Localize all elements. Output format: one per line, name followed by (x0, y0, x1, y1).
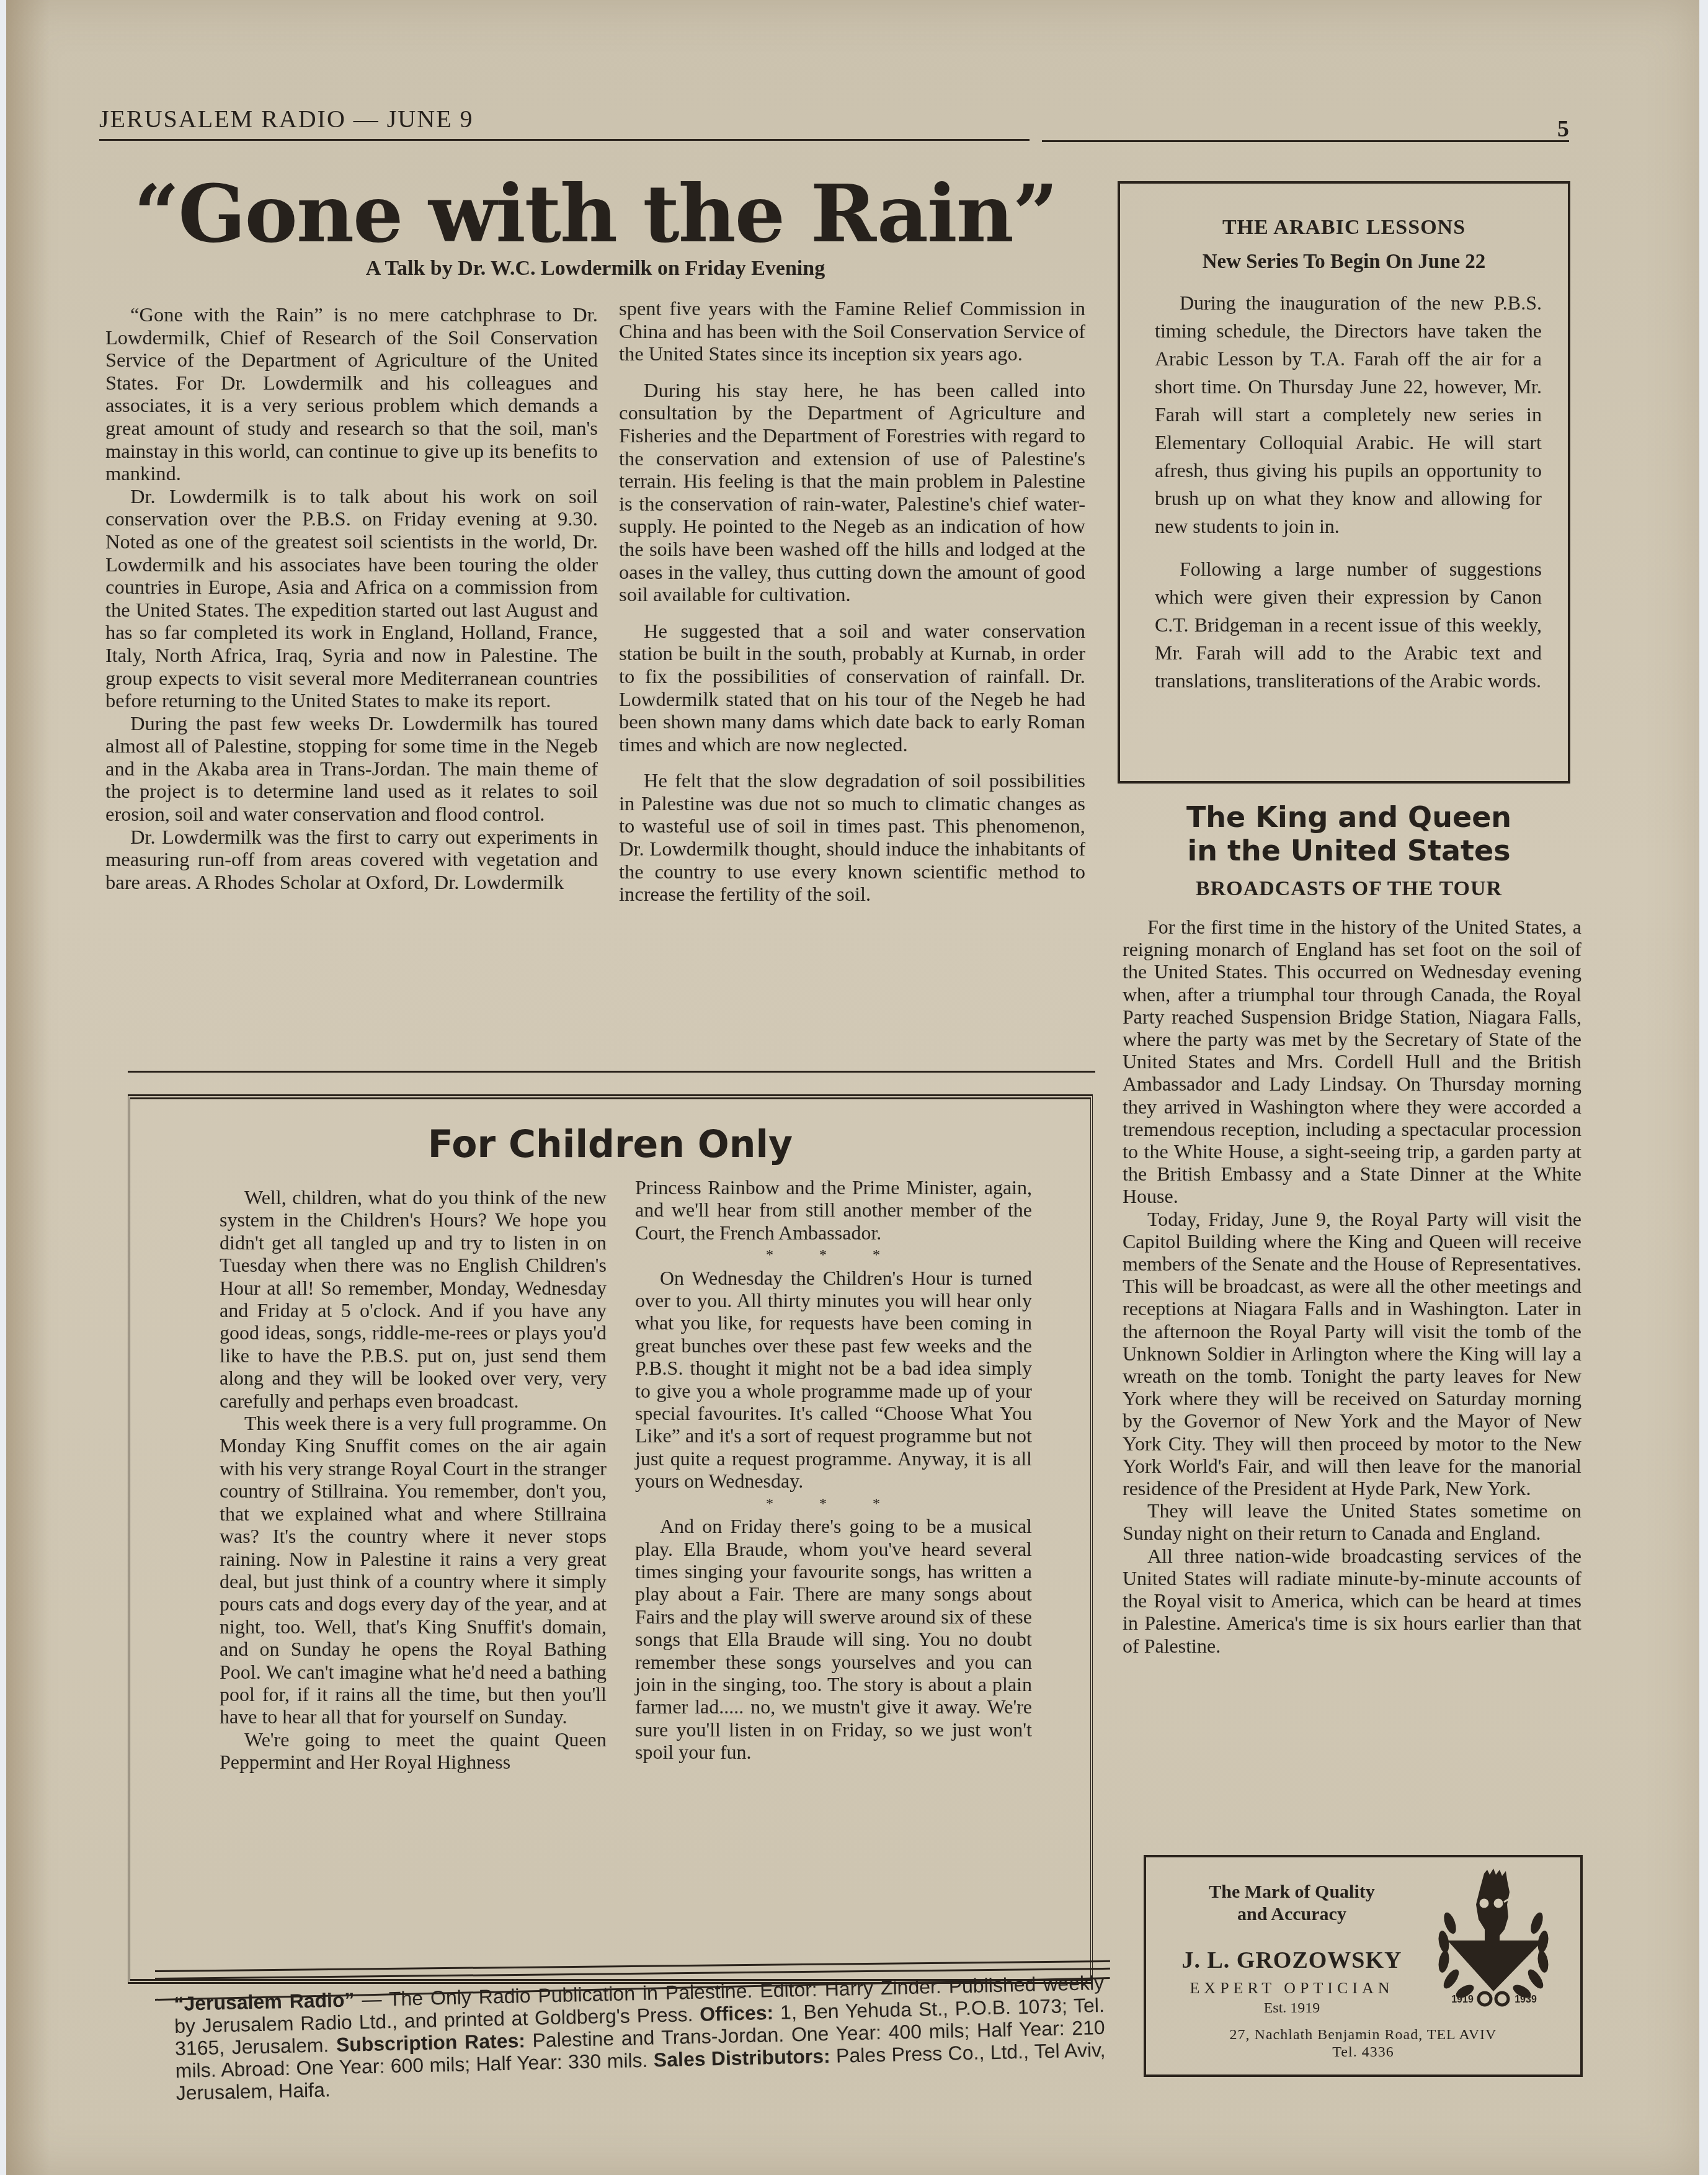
arabic-lessons-title: THE ARABIC LESSONS (1120, 216, 1568, 239)
ad-business-role: EXPERT OPTICIAN (1171, 1979, 1413, 1998)
children-section-box: For Children Only Well, children, what d… (128, 1094, 1093, 1984)
paragraph: For the first time in the history of the… (1123, 916, 1581, 1208)
tagline-line: The Mark of Quality (1171, 1881, 1413, 1903)
paragraph: Dr. Lowdermilk was the first to carry ou… (105, 826, 598, 895)
lead-article-title: “Gone with the Rain” (99, 167, 1092, 261)
ad-tagline: The Mark of Quality and Accuracy (1171, 1881, 1413, 1926)
paragraph: During the inauguration of the new P.B.S… (1155, 289, 1542, 540)
header-rule-right (1042, 140, 1569, 142)
separator-stars: * * * (635, 1493, 1032, 1515)
title-line: in the United States (1123, 834, 1575, 867)
paragraph: On Wednesday the Children's Hour is turn… (635, 1267, 1032, 1493)
paragraph: Today, Friday, June 9, the Royal Party w… (1123, 1208, 1581, 1500)
svg-text:1919: 1919 (1451, 1994, 1474, 2005)
paragraph: This week there is a very full programme… (220, 1412, 607, 1728)
paragraph: During his stay here, he has been called… (619, 380, 1085, 607)
paragraph: All three nation-wide broadcasting servi… (1123, 1545, 1581, 1657)
svg-text:1939: 1939 (1515, 1994, 1537, 2005)
section-divider (128, 1071, 1095, 1073)
king-queen-title: The King and Queen in the United States (1123, 800, 1575, 867)
optician-head-wreath-icon: 1919 1939 (1425, 1867, 1562, 2016)
paragraph: He suggested that a soil and water conse… (619, 620, 1085, 757)
paragraph: spent five years with the Famine Relief … (619, 298, 1085, 366)
arabic-lessons-box: THE ARABIC LESSONS New Series To Begin O… (1118, 181, 1570, 784)
ad-established: Est. 1919 (1171, 2000, 1413, 2017)
arabic-lessons-body: During the inauguration of the new P.B.S… (1155, 289, 1542, 695)
lead-article-subtitle: A Talk by Dr. W.C. Lowdermilk on Friday … (99, 257, 1092, 280)
optician-advertisement: The Mark of Quality and Accuracy J. L. G… (1144, 1855, 1583, 2077)
paragraph: Following a large number of suggestions … (1155, 555, 1542, 695)
children-section-title: For Children Only (130, 1123, 1090, 1166)
newspaper-page: JERUSALEM RADIO — JUNE 9 5 “Gone with th… (6, 0, 1699, 2175)
separator-stars: * * * (635, 1244, 1032, 1266)
paragraph: He felt that the slow degradation of soi… (619, 770, 1085, 906)
paragraph: We're going to meet the quaint Queen Pep… (220, 1728, 607, 1774)
paragraph: And on Friday there's going to be a musi… (635, 1515, 1032, 1763)
arabic-lessons-subtitle: New Series To Begin On June 22 (1120, 251, 1568, 274)
paragraph: They will leave the United States someti… (1123, 1499, 1581, 1544)
title-line: The King and Queen (1123, 800, 1575, 834)
paragraph: Well, children, what do you think of the… (220, 1186, 607, 1412)
publication-notice: “Jerusalem Radio” — The Only Radio Publi… (174, 1972, 1106, 2104)
paragraph: During the past few weeks Dr. Lowdermilk… (105, 713, 598, 826)
children-column-1: Well, children, what do you think of the… (220, 1186, 607, 1774)
paragraph: Dr. Lowdermilk is to talk about his work… (105, 486, 598, 713)
lead-article-column-2: spent five years with the Famine Relief … (619, 298, 1085, 906)
running-title: JERUSALEM RADIO — JUNE 9 (99, 104, 474, 133)
children-column-2: Princess Rainbow and the Prime Minister,… (635, 1176, 1032, 1764)
tagline-line: and Accuracy (1171, 1903, 1413, 1926)
header-rule (99, 139, 1030, 141)
offices-label: Offices: (700, 2001, 774, 2025)
lead-article-column-1: “Gone with the Rain” is no mere catchphr… (105, 304, 598, 894)
address-line: 27, Nachlath Benjamin Road, TEL AVIV (1171, 2026, 1555, 2043)
phone-line: Tel. 4336 (1171, 2043, 1555, 2061)
page-number: 5 (1557, 115, 1569, 143)
king-queen-subtitle: BROADCASTS OF THE TOUR (1123, 877, 1575, 901)
paragraph: Princess Rainbow and the Prime Minister,… (635, 1176, 1032, 1244)
ad-address: 27, Nachlath Benjamin Road, TEL AVIV Tel… (1171, 2026, 1555, 2061)
paragraph: “Gone with the Rain” is no mere catchphr… (105, 304, 598, 486)
king-queen-body: For the first time in the history of the… (1123, 916, 1581, 1657)
running-header: JERUSALEM RADIO — JUNE 9 5 (99, 104, 1569, 143)
ad-business-name: J. L. GROZOWSKY (1171, 1947, 1413, 1974)
distributors-label: Sales Distributors: (653, 2045, 830, 2071)
